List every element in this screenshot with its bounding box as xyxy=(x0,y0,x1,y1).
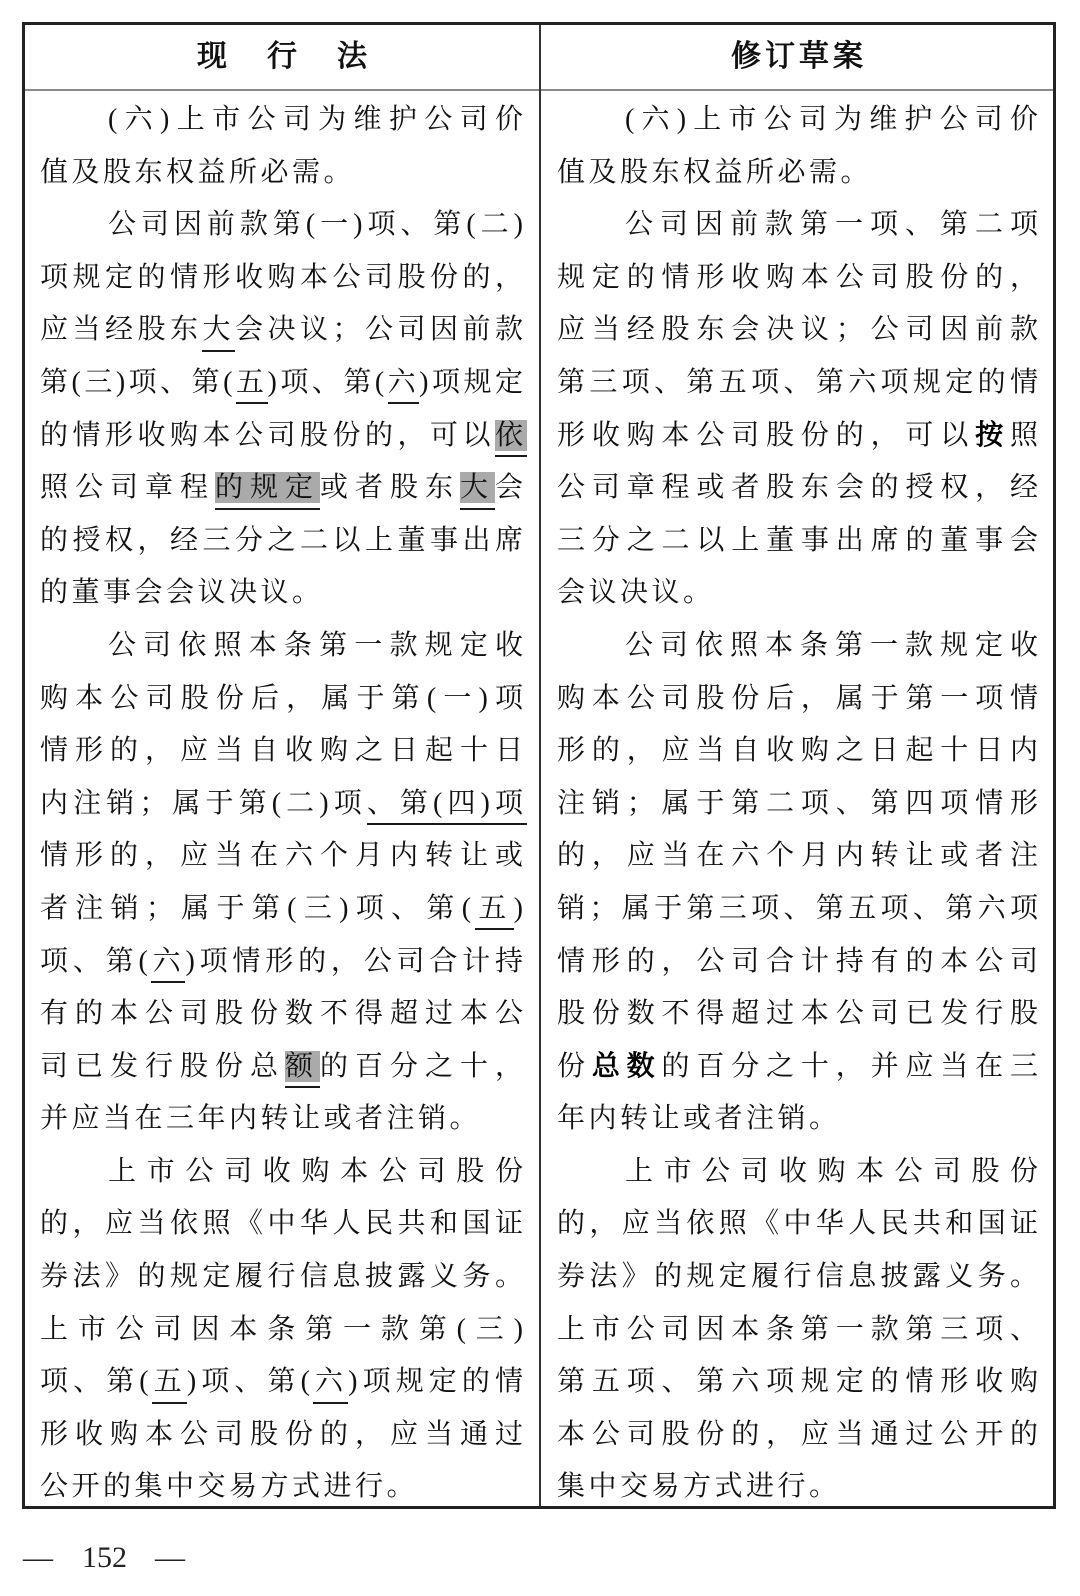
text-line: 公司因前款第一项、第二项 xyxy=(557,199,1042,252)
underlined-text: 六 xyxy=(151,946,185,984)
text-segment: 司已发行股份总 xyxy=(40,1051,285,1082)
underlined-text: 、第(四)项 xyxy=(367,788,527,826)
text-segment: 的百分之十， xyxy=(320,1051,526,1082)
text-line: 内注销；属于第(二)项、第(四)项 xyxy=(40,778,527,831)
text-line: 公司章程或者股东会的授权，经 xyxy=(557,462,1042,515)
text-line: 上市公司收购本公司股份 xyxy=(40,1146,527,1199)
comparison-table: 现 行 法 修订草案 (六)上市公司为维护公司价 值及股东权益所必需。 公司因前… xyxy=(22,22,1056,1509)
text-line: 形收购本公司股份的，应当通过 xyxy=(40,1409,527,1462)
text-line: 项规定的情形收购本公司股份的， xyxy=(40,252,527,305)
text-segment: 者注销；属于第(三)项、第( xyxy=(40,893,475,924)
underlined-text: 五 xyxy=(152,1366,187,1404)
text-segment: 会决议；公司因前款 xyxy=(235,314,526,345)
text-line: 购本公司股份后，属于第(一)项 xyxy=(40,673,527,726)
text-line: 规定的情形收购本公司股份的， xyxy=(557,252,1042,305)
bold-text: 总数 xyxy=(592,1051,662,1082)
text-line: 有的本公司股份数不得超过本公 xyxy=(40,988,527,1041)
text-segment: 的情形收购本公司股份的，可以 xyxy=(40,420,495,451)
text-segment: 照 xyxy=(1010,420,1042,451)
text-line: 集中交易方式进行。 xyxy=(557,1461,1042,1514)
text-line: 第三项、第五项、第六项规定的情 xyxy=(557,357,1042,410)
text-segment: 内注销；属于第(二)项 xyxy=(40,788,367,819)
text-segment: 项、第( xyxy=(40,946,151,977)
text-line: 并应当在三年内转让或者注销。 xyxy=(40,1093,527,1146)
underlined-text: 五 xyxy=(475,893,514,931)
text-segment: )项情形的，公司合计持 xyxy=(185,946,526,977)
text-line: (六)上市公司为维护公司价 xyxy=(40,94,527,147)
text-line: 年内转让或者注销。 xyxy=(557,1093,1042,1146)
text-line: 的董事会会议决议。 xyxy=(40,567,527,620)
text-line: 情形的，公司合计持有的本公司 xyxy=(557,936,1042,989)
page-number: 152 xyxy=(82,1541,127,1575)
text-line: 会议决议。 xyxy=(557,567,1042,620)
text-line: 本公司股份的，应当通过公开的 xyxy=(557,1409,1042,1462)
text-line: 的，应当依照《中华人民共和国证 xyxy=(557,1198,1042,1251)
text-segment: ) xyxy=(514,893,527,924)
text-line: 购本公司股份后，属于第一项情 xyxy=(557,673,1042,726)
text-line: 上市公司因本条第一款第三项、 xyxy=(557,1304,1042,1357)
current-law-column: (六)上市公司为维护公司价 值及股东权益所必需。 公司因前款第(一)项、第(二)… xyxy=(40,94,527,1514)
text-line: 份总数的百分之十，并应当在三 xyxy=(557,1041,1042,1094)
text-segment: )项、第( xyxy=(187,1366,314,1397)
text-line: 注销；属于第二项、第四项情形 xyxy=(557,778,1042,831)
text-line: 值及股东权益所必需。 xyxy=(557,147,1042,200)
text-line: 第(三)项、第(五)项、第(六)项规定 xyxy=(40,357,527,410)
text-segment: )项规定 xyxy=(419,367,526,398)
text-line: 销；属于第三项、第五项、第六项 xyxy=(557,883,1042,936)
highlighted-text: 依 xyxy=(495,420,527,458)
text-line: (六)上市公司为维护公司价 xyxy=(557,94,1042,147)
text-line: 券法》的规定履行信息披露义务。 xyxy=(557,1251,1042,1304)
text-line: 三分之二以上董事出席的董事会 xyxy=(557,515,1042,568)
text-line: 的，应当依照《中华人民共和国证 xyxy=(40,1198,527,1251)
text-line: 公司依照本条第一款规定收 xyxy=(557,620,1042,673)
text-line: 券法》的规定履行信息披露义务。 xyxy=(40,1251,527,1304)
text-segment: 项、第( xyxy=(40,1366,152,1397)
text-line: 司已发行股份总额的百分之十， xyxy=(40,1041,527,1094)
text-segment: 份 xyxy=(557,1051,592,1082)
text-line: 值及股东权益所必需。 xyxy=(40,147,527,200)
text-segment: 会 xyxy=(495,472,527,503)
text-line: 第五项、第六项规定的情形收购 xyxy=(557,1356,1042,1409)
text-line: 情形的，应当在六个月内转让或 xyxy=(40,830,527,883)
column-header-current-law: 现 行 法 xyxy=(25,25,539,89)
text-line: 项、第(五)项、第(六)项规定的情 xyxy=(40,1356,527,1409)
text-line: 应当经股东大会决议；公司因前款 xyxy=(40,304,527,357)
text-segment: )项规定的情 xyxy=(348,1366,526,1397)
text-segment: 或者股东 xyxy=(320,472,460,503)
text-segment: 第(三)项、第( xyxy=(40,367,236,398)
highlighted-text: 的规定 xyxy=(215,472,320,510)
text-segment: 的百分之十，并应当在三 xyxy=(662,1051,1042,1082)
text-line: 的情形收购本公司股份的，可以依 xyxy=(40,410,527,463)
text-line: 形的，应当自收购之日起十日内 xyxy=(557,725,1042,778)
text-line: 公司依照本条第一款规定收 xyxy=(40,620,527,673)
text-line: 形收购本公司股份的，可以按照 xyxy=(557,410,1042,463)
column-header-revision-draft: 修订草案 xyxy=(541,25,1053,89)
underlined-text: 六 xyxy=(388,367,420,405)
document-page: 现 行 法 修订草案 (六)上市公司为维护公司价 值及股东权益所必需。 公司因前… xyxy=(0,0,1080,1596)
revision-draft-column: (六)上市公司为维护公司价 值及股东权益所必需。 公司因前款第一项、第二项 规定… xyxy=(557,94,1042,1514)
text-line: 公司因前款第(一)项、第(二) xyxy=(40,199,527,252)
text-line: 股份数不得超过本公司已发行股 xyxy=(557,988,1042,1041)
dash-left: — xyxy=(23,1541,53,1575)
text-segment: 照公司章程 xyxy=(40,472,215,503)
text-line: 情形的，应当自收购之日起十日 xyxy=(40,725,527,778)
underlined-text: 大 xyxy=(202,314,235,352)
dash-right: — xyxy=(155,1541,185,1575)
underlined-text: 六 xyxy=(313,1366,348,1404)
text-line: 应当经股东会决议；公司因前款 xyxy=(557,304,1042,357)
text-line: 照公司章程的规定或者股东大会 xyxy=(40,462,527,515)
text-line: 的授权，经三分之二以上董事出席 xyxy=(40,515,527,568)
text-line: 者注销；属于第(三)项、第(五) xyxy=(40,883,527,936)
underlined-text: 五 xyxy=(236,367,268,405)
text-segment: 应当经股东 xyxy=(40,314,202,345)
text-line: 公开的集中交易方式进行。 xyxy=(40,1461,527,1514)
column-divider xyxy=(539,25,541,1506)
text-line: 项、第(六)项情形的，公司合计持 xyxy=(40,936,527,989)
bold-text: 按 xyxy=(975,420,1010,451)
text-line: 上市公司收购本公司股份 xyxy=(557,1146,1042,1199)
highlighted-text: 额 xyxy=(285,1051,320,1089)
text-segment: )项、第( xyxy=(268,367,388,398)
text-segment: 形收购本公司股份的，可以 xyxy=(557,420,975,451)
text-line: 上市公司因本条第一款第(三) xyxy=(40,1304,527,1357)
text-line: 的，应当在六个月内转让或者注 xyxy=(557,830,1042,883)
highlighted-text: 大 xyxy=(460,472,495,510)
page-footer: — 152 — xyxy=(23,1541,185,1575)
